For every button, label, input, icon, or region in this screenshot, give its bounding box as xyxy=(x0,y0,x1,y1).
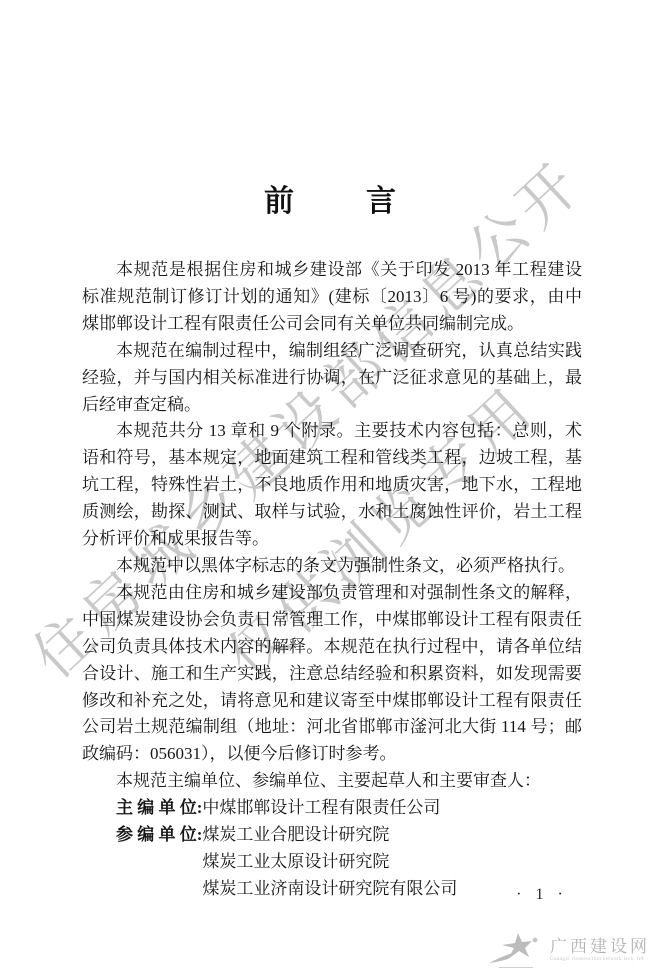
logo-text-column: 广西建设网 Guangxi construction network tech,… xyxy=(550,938,650,963)
document-content: 前 言 本规范是根据住房和城乡建设部《关于印发 2013 年工程建设标准规范制订… xyxy=(82,176,582,903)
logo-mark-caption xyxy=(499,967,533,968)
paragraph: 本规范是根据住房和城乡建设部《关于印发 2013 年工程建设标准规范制订修订计划… xyxy=(82,257,582,338)
page-number: · 1 · xyxy=(507,886,577,904)
credit-line: 中煤邯郸设计工程有限责任公司 xyxy=(202,798,440,817)
paragraph: 本规范共分 13 章和 9 个附录。主要技术内容包括：总则，术语和符号，基本规定… xyxy=(82,418,582,553)
logo-tagline: Guangxi construction network tech, ltd xyxy=(550,956,650,963)
gxjsw-logo: 广西建设网 Guangxi construction network tech,… xyxy=(487,932,650,968)
paragraph: 本规范中以黑体字标志的条文为强制性条文，必须严格执行。 xyxy=(82,553,582,580)
page-title: 前 言 xyxy=(82,176,582,220)
logo-text: 广西建设网 xyxy=(550,938,650,956)
credit-lines: 中煤邯郸设计工程有限责任公司 xyxy=(202,795,582,822)
paragraph: 本规范主编单位、参编单位、主要起草人和主要审查人： xyxy=(82,768,582,795)
credit-line: 煤炭工业合肥设计研究院 xyxy=(202,822,582,849)
paragraph: 本规范由住房和城乡建设部负责管理和对强制性条文的解释，中国煤炭建设协会负责日常管… xyxy=(82,580,582,768)
credit-row-chief-editor: 主 编 单 位: 中煤邯郸设计工程有限责任公司 xyxy=(116,795,582,822)
credit-line: 煤炭工业太原设计研究院 xyxy=(202,849,582,876)
credit-label: 主 编 单 位: xyxy=(116,795,202,822)
document-page: 住房城乡建设部信息公开 仅供浏览专用 前 言 本规范是根据住房和城乡建设部《关于… xyxy=(0,0,658,972)
body-text: 本规范是根据住房和城乡建设部《关于印发 2013 年工程建设标准规范制订修订计划… xyxy=(82,257,582,903)
logo-mark xyxy=(487,932,545,968)
star-icon xyxy=(487,932,545,966)
credit-label: 参 编 单 位: xyxy=(116,822,202,903)
paragraph: 本规范在编制过程中，编制组经广泛调查研究，认真总结实践经验，并与国内相关标准进行… xyxy=(82,338,582,419)
